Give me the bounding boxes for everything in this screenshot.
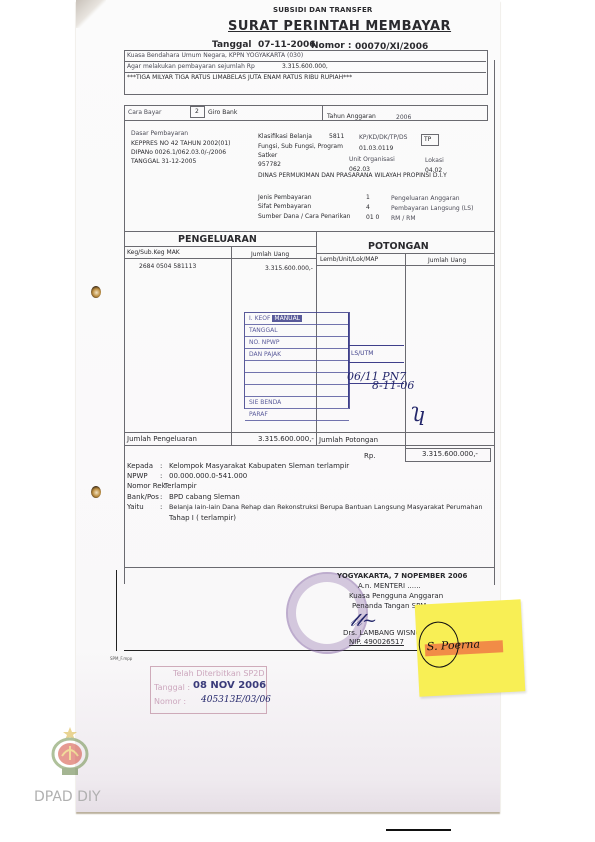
pengeluaran-total-label: Jumlah Pengeluaran xyxy=(127,435,197,443)
recipient-value-yaitu-2: Tahap I ( terlampir) xyxy=(169,514,236,522)
pengeluaran-row-code: 2684 0504 581113 xyxy=(139,263,196,270)
signatory-name: Drs. LAMBANG WISNU xyxy=(343,629,421,637)
date-label: Tanggal xyxy=(212,40,252,50)
potongan-col-code: Lemb/Unit/Lok/MAP xyxy=(320,256,378,263)
document-subtitle: SUBSIDI DAN TRANSFER xyxy=(273,6,373,14)
budget-year: 2006 xyxy=(396,114,411,121)
recipient-label-bank: Bank/Pos xyxy=(127,493,159,501)
basis-line-1: KEPPRES NO 42 TAHUN 2002(01) xyxy=(131,140,231,147)
verification-stamp: I. KEOF MANUAL TANGGAL NO. NPWP DAN PAJA… xyxy=(244,312,350,409)
belanja-code: 5811 xyxy=(329,133,344,140)
recipient-label-yaitu: Yaitu xyxy=(127,503,144,511)
potongan-col-amount: Jumlah Uang xyxy=(428,257,466,264)
amount-in-words: ***TIGA MILYAR TIGA RATUS LIMABELAS JUTA… xyxy=(127,74,352,81)
budget-year-label: Tahun Anggaran xyxy=(327,113,376,120)
agency-name: DINAS PERMUKIMAN DAN PRASARANA WILAYAH P… xyxy=(258,172,447,179)
recipient-label-kepada: Kepada xyxy=(127,462,153,470)
signature-place-date: YOGYAKARTA, 7 NOPEMBER 2006 xyxy=(337,572,467,580)
sticky-note: S. Poerna xyxy=(415,599,526,696)
payment-method-label: Cara Bayar xyxy=(128,109,161,116)
bottom-rule xyxy=(386,829,451,831)
stamp-note: LS/UTM xyxy=(351,350,373,357)
sticky-note-signature: S. Poerna xyxy=(427,637,481,653)
payment-type-label-1: Jenis Pembayaran xyxy=(258,194,312,201)
regional-emblem-icon xyxy=(50,726,90,778)
signatory-nip: NIP. 490026517 xyxy=(349,638,404,646)
recipient-value-kepada: Kelompok Masyarakat Kabupaten Sleman ter… xyxy=(169,462,349,470)
recipient-value-rek: Terlampir xyxy=(164,482,197,490)
satker-value: 957782 xyxy=(258,161,281,168)
recipient-label-npwp: NPWP xyxy=(127,472,148,480)
pengeluaran-total: 3.315.600.000,- xyxy=(258,435,314,443)
watermark-text: DPAD DIY xyxy=(34,789,101,805)
payment-method-name: Giro Bank xyxy=(208,109,237,116)
payment-type-desc-1: Pengeluaran Anggaran xyxy=(391,195,460,202)
potongan-total-label: Jumlah Potongan xyxy=(319,436,378,444)
recipient-value-bank: BPD cabang Sleman xyxy=(169,493,240,501)
handwritten-signature: 𝓁𝓁~ xyxy=(350,610,377,631)
payment-type-label-2: Sifat Pembayaran xyxy=(258,203,311,210)
sp2d-received-stamp: Telah Diterbitkan SP2D Tanggal : 08 NOV … xyxy=(150,666,267,714)
basis-line-3: TANGGAL 31-12-2005 xyxy=(131,158,196,165)
payment-type-code-2: 4 xyxy=(366,204,370,211)
handwritten-paraf: ʮ xyxy=(410,402,426,426)
recipient-value-npwp: 00.000.000.0-541.000 xyxy=(169,472,247,480)
payment-type-desc-2: Pembayaran Langsung (LS) xyxy=(391,205,473,212)
handwritten-date-2: 8-11-06 xyxy=(372,379,414,392)
belanja-label: Klasifikasi Belanja xyxy=(258,133,312,140)
lokasi-label: Lokasi xyxy=(425,157,444,164)
punch-hole xyxy=(91,286,101,298)
payment-method-code: 2 xyxy=(195,108,199,115)
pengeluaran-col-code: Keg/Sub.Keg MAK xyxy=(127,249,180,256)
kp-value: TP xyxy=(424,136,431,143)
payment-type-code-3: 01 0 xyxy=(366,214,379,221)
payment-type-code-1: 1 xyxy=(366,194,370,201)
signature-on-behalf: A.n. MENTERI ...... xyxy=(358,582,421,590)
payment-type-desc-3: RM / RM xyxy=(391,215,416,222)
page-fold xyxy=(76,0,106,28)
recipient-value-yaitu: Belanja lain-lain Dana Rehap dan Rekonst… xyxy=(169,503,483,511)
kp-label: KP/KD/DK/TP/DS xyxy=(359,134,407,141)
punch-hole xyxy=(91,486,101,498)
net-label: Rp. xyxy=(364,452,376,460)
basis-line-2: DIPANo 0026.1/062.03.0/-/2006 xyxy=(131,149,226,156)
signature-role: Kuasa Pengguna Anggaran xyxy=(349,592,443,600)
satker-label: Satker xyxy=(258,152,277,159)
basis-label: Dasar Pembayaran xyxy=(131,130,188,137)
net-amount: 3.315.600.000,- xyxy=(422,450,478,458)
pengeluaran-row-amount: 3.315.600.000,- xyxy=(265,265,313,272)
program-label: Fungsi, Sub Fungsi, Program xyxy=(258,143,343,150)
authority-text: Kuasa Bendahara Umum Negara, KPPN YOGYAK… xyxy=(127,52,303,59)
payment-amount: 3.315.600.000, xyxy=(282,63,328,70)
form-code: SPM_F.mpp xyxy=(110,656,132,661)
unit-label: Unit Organisasi xyxy=(349,156,395,163)
pengeluaran-col-amount: Jumlah Uang xyxy=(251,251,289,258)
payment-type-label-3: Sumber Dana / Cara Penarikan xyxy=(258,213,350,220)
program-value: 01.03.0119 xyxy=(359,145,393,152)
payment-method-box xyxy=(124,105,488,121)
date-value: 07-11-2006 xyxy=(258,40,316,50)
recipient-label-rek: Nomor Rek xyxy=(127,482,166,490)
pengeluaran-title: PENGELUARAN xyxy=(178,234,257,245)
payment-instruction-label: Agar melakukan pembayaran sejumlah Rp xyxy=(127,63,255,70)
document-title: SURAT PERINTAH MEMBAYAR xyxy=(228,19,451,34)
potongan-title: POTONGAN xyxy=(368,241,429,252)
